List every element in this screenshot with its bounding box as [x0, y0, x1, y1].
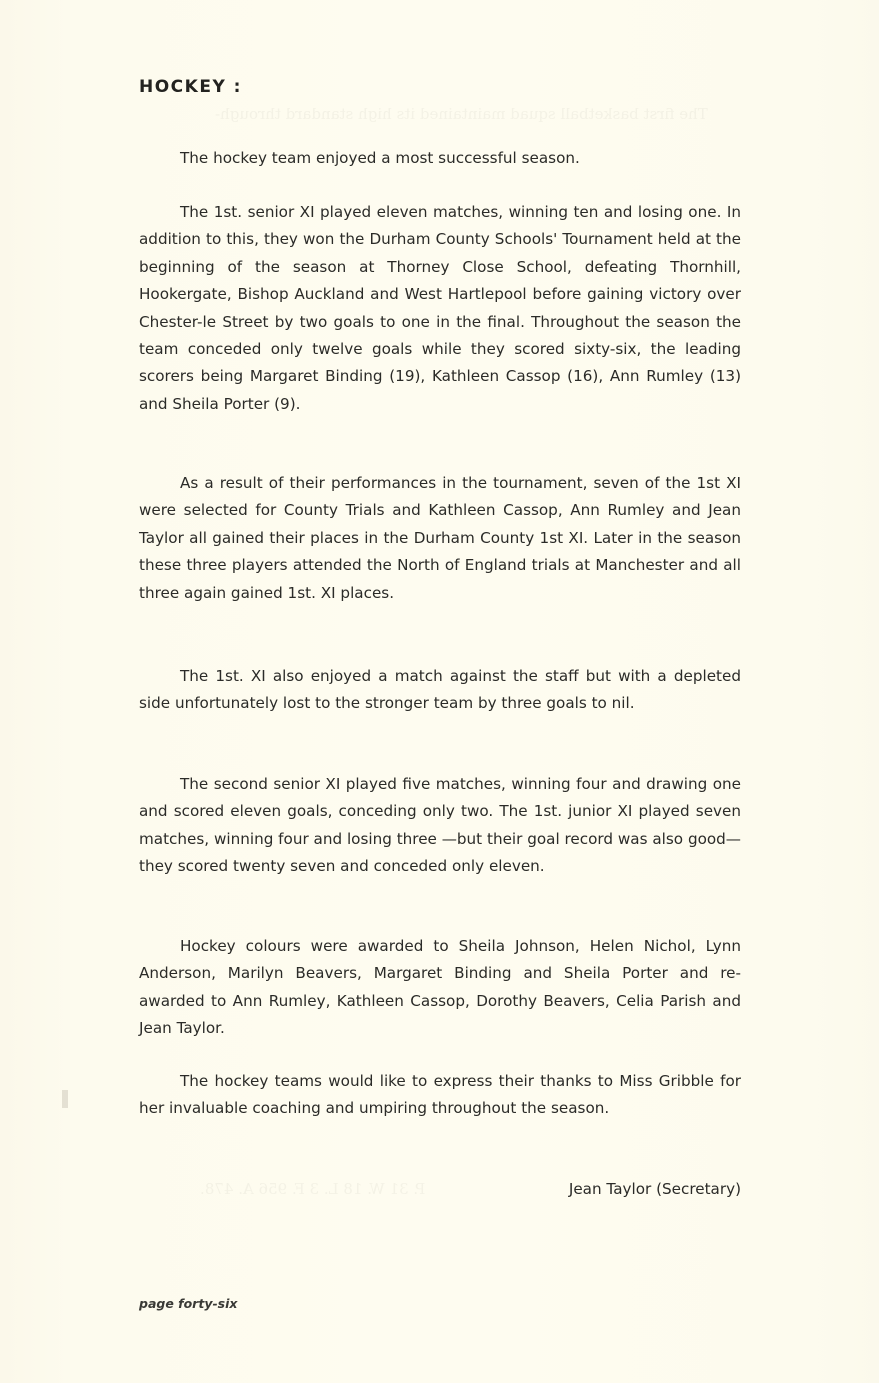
section-heading: HOCKEY :	[139, 77, 242, 97]
paragraph-text: Hockey colours were awarded to Sheila Jo…	[139, 937, 741, 1037]
paragraph-colours: Hockey colours were awarded to Sheila Jo…	[139, 933, 741, 1043]
paragraph-thanks: The hockey teams would like to express t…	[139, 1068, 741, 1123]
paragraph-text: The hockey teams would like to express t…	[139, 1072, 741, 1117]
paragraph-text: The hockey team enjoyed a most successfu…	[180, 149, 580, 167]
page-edge-mark	[62, 1090, 68, 1108]
paragraph-second-xi: The second senior XI played five matches…	[139, 771, 741, 881]
page-number: page forty-six	[139, 1296, 237, 1311]
paragraph-text: As a result of their performances in the…	[139, 474, 741, 602]
paragraph-text: The 1st. senior XI played eleven matches…	[139, 203, 741, 413]
paragraph-text: The 1st. XI also enjoyed a match against…	[139, 667, 741, 712]
bleed-through-text: P. 31 W. 18 L. 3 F. 956 A. 478.	[200, 1180, 425, 1198]
paragraph-staff-match: The 1st. XI also enjoyed a match against…	[139, 663, 741, 718]
signature: Jean Taylor (Secretary)	[569, 1180, 741, 1198]
paragraph-text: The second senior XI played five matches…	[139, 775, 741, 875]
paragraph-senior-xi: The 1st. senior XI played eleven matches…	[139, 199, 741, 418]
paragraph-intro: The hockey team enjoyed a most successfu…	[139, 145, 741, 172]
paragraph-county-trials: As a result of their performances in the…	[139, 470, 741, 607]
document-page: The first basketball squad maintained it…	[0, 0, 879, 1383]
bleed-through-text: The first basketball squad maintained it…	[215, 105, 708, 123]
